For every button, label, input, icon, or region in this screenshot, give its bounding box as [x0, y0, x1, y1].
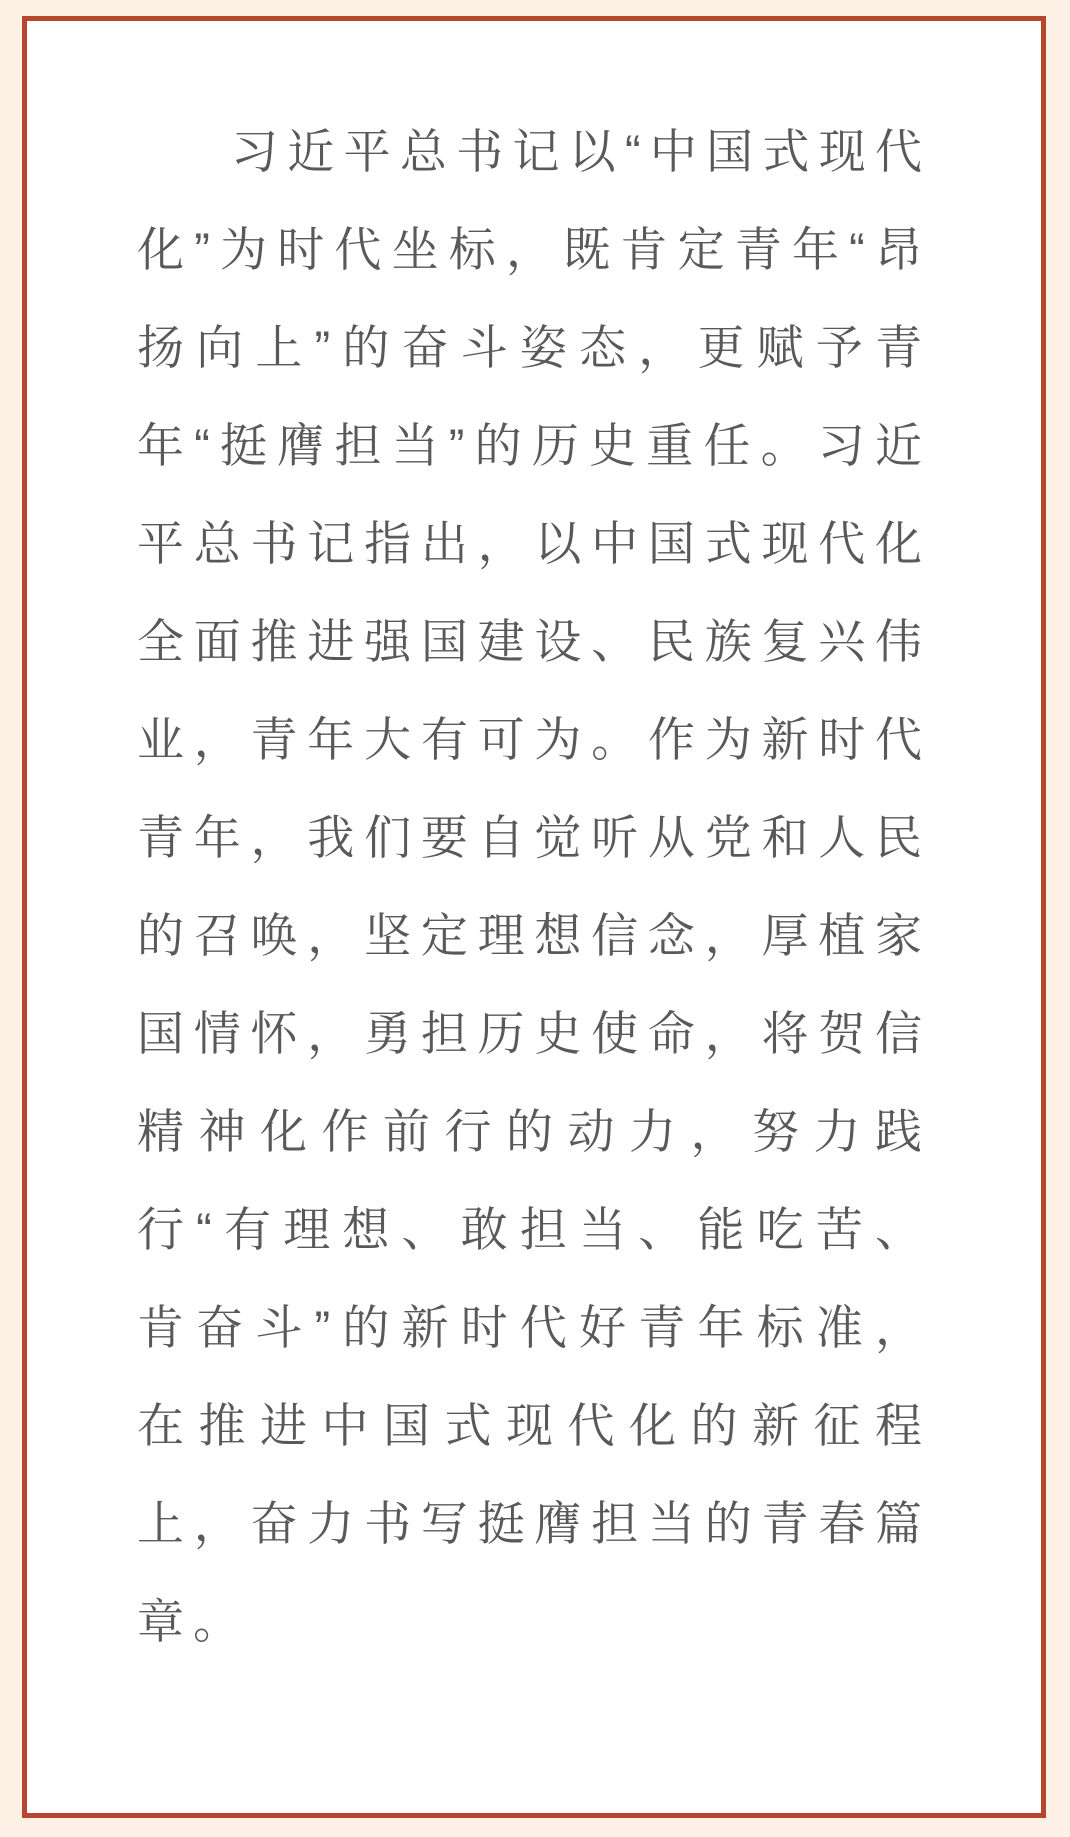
content-card: 习近平总书记以“中国式现代化”为时代坐标，既肯定青年“昂扬向上”的奋斗姿态，更赋… — [22, 16, 1046, 1818]
article-paragraph: 习近平总书记以“中国式现代化”为时代坐标，既肯定青年“昂扬向上”的奋斗姿态，更赋… — [27, 21, 1041, 1813]
